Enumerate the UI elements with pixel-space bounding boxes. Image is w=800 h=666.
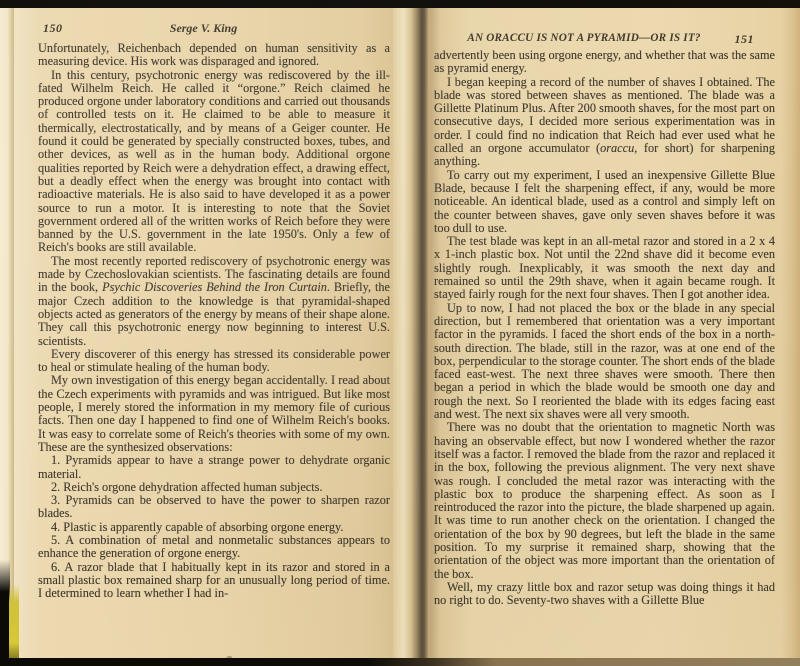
paragraph: 5. A combination of metal and nonmetalic… — [38, 534, 390, 561]
page-right: AN ORACCU IS NOT A PYRAMID—OR IS IT? 151… — [430, 8, 780, 658]
page-left-text: Unfortunately, Reichenbach depended on h… — [38, 42, 390, 656]
paragraph: I began keeping a record of the number o… — [434, 76, 775, 169]
paragraph: The most recently reported rediscovery o… — [38, 255, 390, 348]
text-segment: Unfortunately, Reichenbach depended on h… — [38, 42, 390, 68]
text-segment: 4. Plastic is apparently capable of abso… — [51, 520, 343, 534]
text-segment: There was no doubt that the orientation … — [434, 420, 775, 580]
text-segment: 2. Reich's orgone dehydration affected h… — [51, 480, 323, 494]
scan-border-bottom — [0, 658, 800, 666]
text-segment: To carry out my experiment, I used an in… — [434, 168, 775, 235]
paragraph: In this century, psychotronic energy was… — [38, 69, 390, 255]
paragraph: 1. Pyramids appear to have a strange pow… — [38, 454, 390, 481]
paragraph: Well, my crazy little box and razor setu… — [434, 581, 775, 608]
book-gutter-shadow — [393, 8, 430, 666]
paragraph: Unfortunately, Reichenbach depended on h… — [38, 42, 390, 69]
italic-text-segment: Psychic Discoveries Behind the Iron Curt… — [102, 280, 327, 294]
paragraph: 3. Pyramids can be observed to have the … — [38, 494, 390, 521]
paragraph: 4. Plastic is apparently capable of abso… — [38, 521, 390, 534]
text-segment: My own investigation of this energy bega… — [38, 373, 390, 453]
page-left: 150 Serge V. King Unfortunately, Reichen… — [14, 8, 393, 658]
cover-edge-yellow — [9, 584, 19, 658]
text-segment: Up to now, I had not placed the box or t… — [434, 301, 775, 421]
running-header-right: AN ORACCU IS NOT A PYRAMID—OR IS IT? — [432, 32, 736, 44]
scan-border-top — [0, 0, 800, 8]
paragraph: advertently been using orgone energy, an… — [434, 49, 775, 76]
paragraph: 6. A razor blade that I habitually kept … — [38, 561, 390, 601]
text-segment: The test blade was kept in an all-metal … — [434, 234, 775, 301]
paragraph: Every discoverer of this energy has stre… — [38, 348, 390, 375]
running-header-left: Serge V. King — [14, 21, 393, 36]
text-segment: advertently been using orgone energy, an… — [434, 49, 775, 75]
text-segment: 6. A razor blade that I habitually kept … — [38, 560, 390, 601]
paragraph: 2. Reich's orgone dehydration affected h… — [38, 481, 390, 494]
book-scan: 150 Serge V. King Unfortunately, Reichen… — [0, 0, 800, 666]
italic-text-segment: oraccu — [600, 141, 634, 155]
text-segment: 1. Pyramids appear to have a strange pow… — [38, 453, 390, 480]
paragraph: My own investigation of this energy bega… — [38, 374, 390, 454]
text-segment: 3. Pyramids can be observed to have the … — [38, 493, 390, 520]
text-segment: Every discoverer of this energy has stre… — [38, 347, 390, 374]
paragraph: Up to now, I had not placed the box or t… — [434, 302, 775, 422]
paragraph: There was no doubt that the orientation … — [434, 421, 775, 581]
paragraph: To carry out my experiment, I used an in… — [434, 169, 775, 235]
text-segment: 5. A combination of metal and nonmetalic… — [38, 533, 390, 560]
page-right-text: advertently been using orgone energy, an… — [434, 49, 775, 656]
page-number-right: 151 — [735, 32, 755, 47]
text-segment: Well, my crazy little box and razor setu… — [434, 580, 775, 607]
paragraph: The test blade was kept in an all-metal … — [434, 235, 775, 301]
page-edge-right — [780, 8, 800, 658]
text-segment: In this century, psychotronic energy was… — [38, 68, 390, 255]
